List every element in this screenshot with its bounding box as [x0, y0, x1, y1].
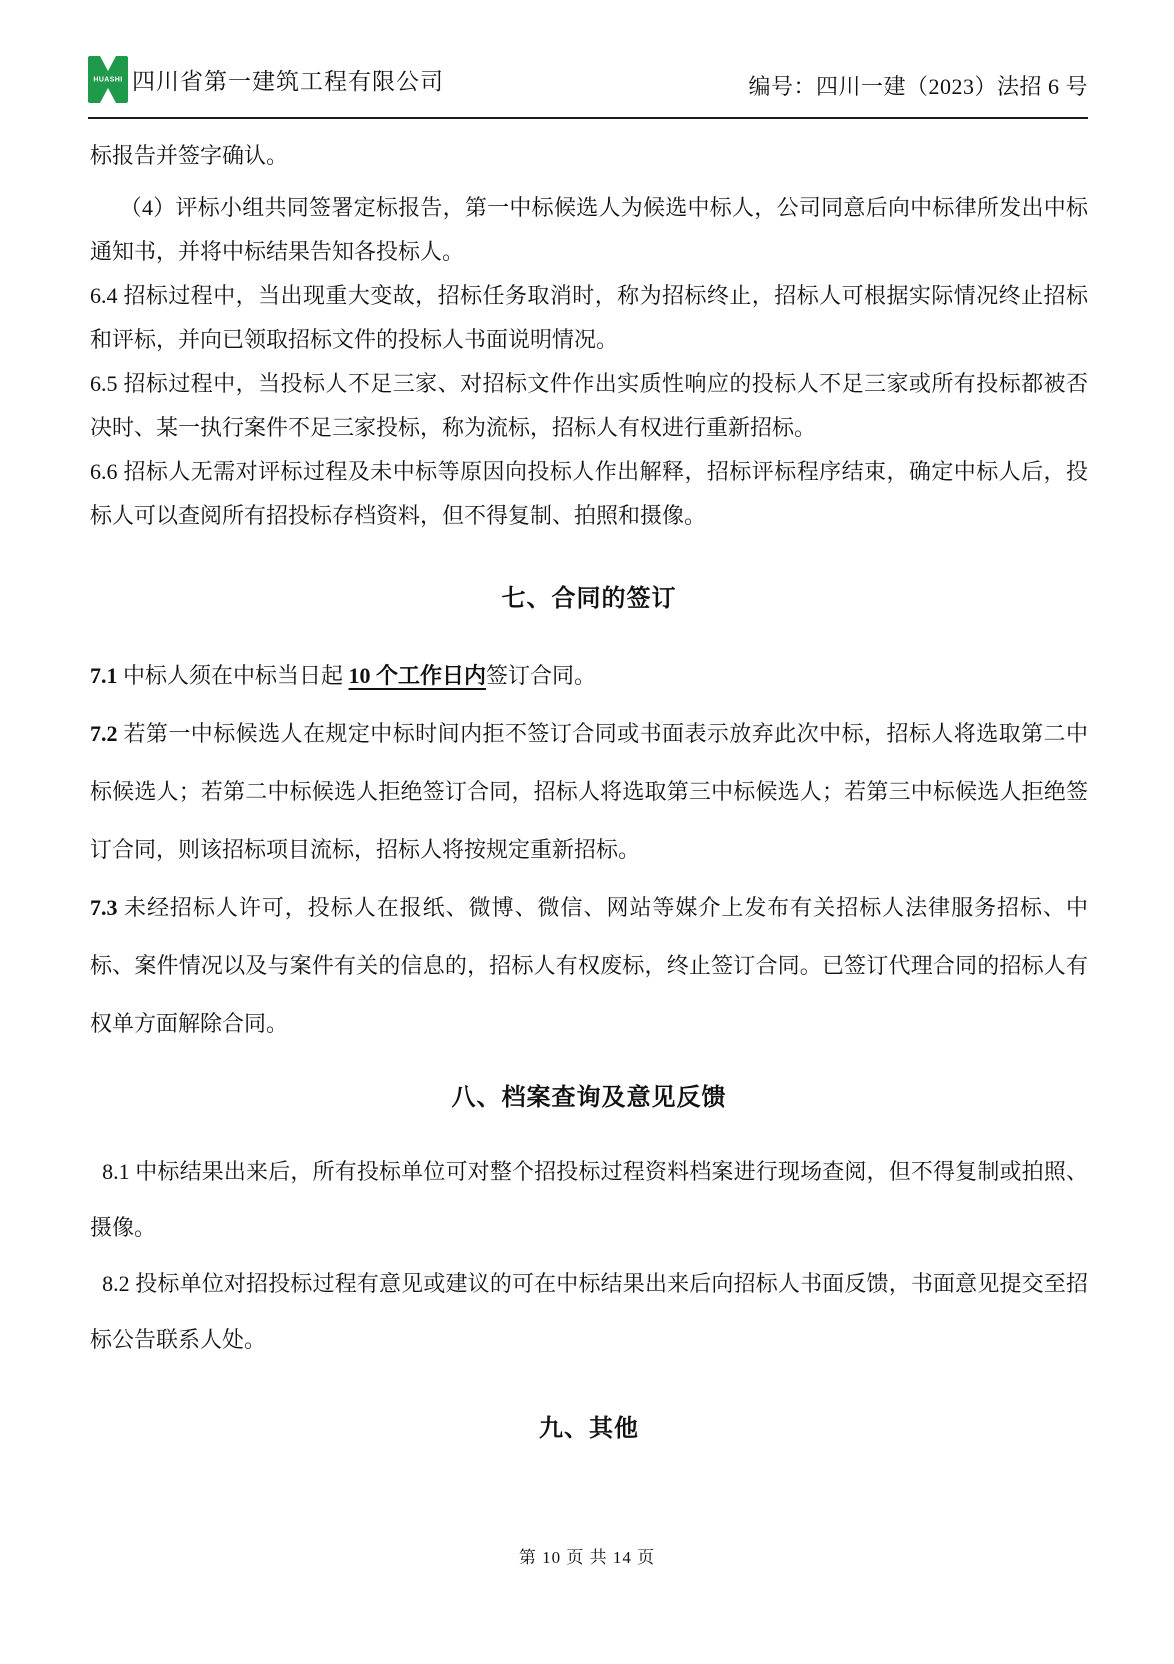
paragraph-8-1: 8.1 中标结果出来后，所有投标单位可对整个招投标过程资料档案进行现场查阅，但不… [90, 1144, 1088, 1256]
clause-number-7-3: 7.3 [90, 895, 118, 920]
clause-number-7-2: 7.2 [90, 721, 118, 746]
company-brand: HUASHI 四川省第一建筑工程有限公司 [88, 56, 444, 103]
clause-7-1-text-post: 签订合同。 [486, 663, 596, 688]
section-6: 标报告并签字确认。 （4）评标小组共同签署定标报告，第一中标候选人为候选中标人，… [90, 134, 1088, 538]
section-heading-9: 九、其他 [90, 1408, 1088, 1443]
paragraph-continuation: 标报告并签字确认。 [90, 134, 1088, 178]
clause-7-3-text: 未经招标人许可，投标人在报纸、微博、微信、网站等媒介上发布有关招标人法律服务招标… [90, 895, 1088, 1036]
huashi-logo-icon: HUASHI [88, 56, 128, 103]
paragraph-6-6: 6.6 招标人无需对评标过程及未中标等原因向投标人作出解释，招标评标程序结束，确… [90, 450, 1088, 538]
paragraph-7-1: 7.1 中标人须在中标当日起 10 个工作日内签订合同。 [90, 647, 1088, 705]
clause-7-1-text-pre: 中标人须在中标当日起 [118, 663, 349, 688]
company-name: 四川省第一建筑工程有限公司 [132, 63, 444, 96]
logo-notch-bottom [100, 88, 116, 103]
paragraph-6-4: 6.4 招标过程中，当出现重大变故，招标任务取消时，称为招标终止，招标人可根据实… [90, 274, 1088, 362]
section-heading-7: 七、合同的签订 [90, 578, 1088, 613]
paragraph-6-5: 6.5 招标过程中，当投标人不足三家、对招标文件作出实质性响应的投标人不足三家或… [90, 362, 1088, 450]
paragraph-7-2: 7.2 若第一中标候选人在规定中标时间内拒不签订合同或书面表示放弃此次中标，招标… [90, 705, 1088, 879]
section-heading-8: 八、档案查询及意见反馈 [90, 1077, 1088, 1112]
logo-notch-top [100, 56, 116, 71]
paragraph-8-2: 8.2 投标单位对招投标过程有意见或建议的可在中标结果出来后向招标人书面反馈，书… [90, 1256, 1088, 1368]
logo-wordmark: HUASHI [88, 76, 128, 83]
document-page: HUASHI 四川省第一建筑工程有限公司 编号：四川一建（2023）法招 6 号… [0, 0, 1174, 1664]
page-footer: 第 10 页 共 14 页 [0, 1543, 1174, 1568]
clause-7-2-text: 若第一中标候选人在规定中标时间内拒不签订合同或书面表示放弃此次中标，招标人将选取… [90, 721, 1088, 862]
paragraph-7-3: 7.3 未经招标人许可，投标人在报纸、微博、微信、网站等媒介上发布有关招标人法律… [90, 879, 1088, 1053]
section-7: 7.1 中标人须在中标当日起 10 个工作日内签订合同。 7.2 若第一中标候选… [90, 647, 1088, 1053]
paragraph-item-4: （4）评标小组共同签署定标报告，第一中标候选人为候选中标人，公司同意后向中标律所… [90, 186, 1088, 274]
clause-7-1-emphasis: 10 个工作日内 [349, 663, 487, 688]
section-8: 8.1 中标结果出来后，所有投标单位可对整个招投标过程资料档案进行现场查阅，但不… [90, 1144, 1088, 1368]
document-content: 标报告并签字确认。 （4）评标小组共同签署定标报告，第一中标候选人为候选中标人，… [90, 128, 1088, 1443]
document-number: 编号：四川一建（2023）法招 6 号 [748, 70, 1088, 103]
clause-number-7-1: 7.1 [90, 663, 118, 688]
page-number: 第 10 页 共 14 页 [519, 1548, 655, 1567]
page-header: HUASHI 四川省第一建筑工程有限公司 编号：四川一建（2023）法招 6 号 [88, 56, 1088, 119]
